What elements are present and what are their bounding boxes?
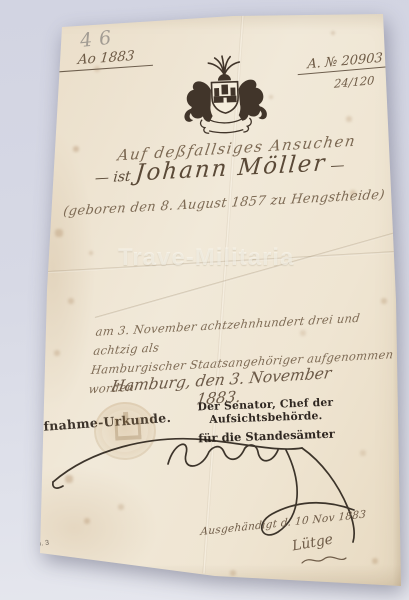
birth-line: (geboren den 8. August 1857 zu Hengsthei… xyxy=(51,187,396,220)
file-number: A. № 20903 xyxy=(298,50,393,75)
year-annotation: Ao 1883 xyxy=(57,47,155,73)
signature-flourish xyxy=(300,552,348,568)
name-suffix: — xyxy=(325,157,345,174)
form-number: Form. 3 xyxy=(25,540,50,550)
file-fraction: 24/120 xyxy=(334,73,375,91)
document-paper: 46 Ao 1883 xyxy=(0,0,409,600)
paper-shadow: 46 Ao 1883 xyxy=(0,0,409,600)
photo-canvas: 46 Ao 1883 xyxy=(0,0,409,600)
issuer-title-line1: Der Senator, Chef der Aufsichtsbehörde. xyxy=(175,395,356,427)
foxing-stains xyxy=(0,0,2,2)
name-prefix: — ist xyxy=(94,168,136,186)
hamburg-coat-of-arms-icon xyxy=(171,52,280,140)
shop-watermark: Trave-Militaria xyxy=(118,244,294,272)
pencil-number: 46 xyxy=(79,26,119,52)
